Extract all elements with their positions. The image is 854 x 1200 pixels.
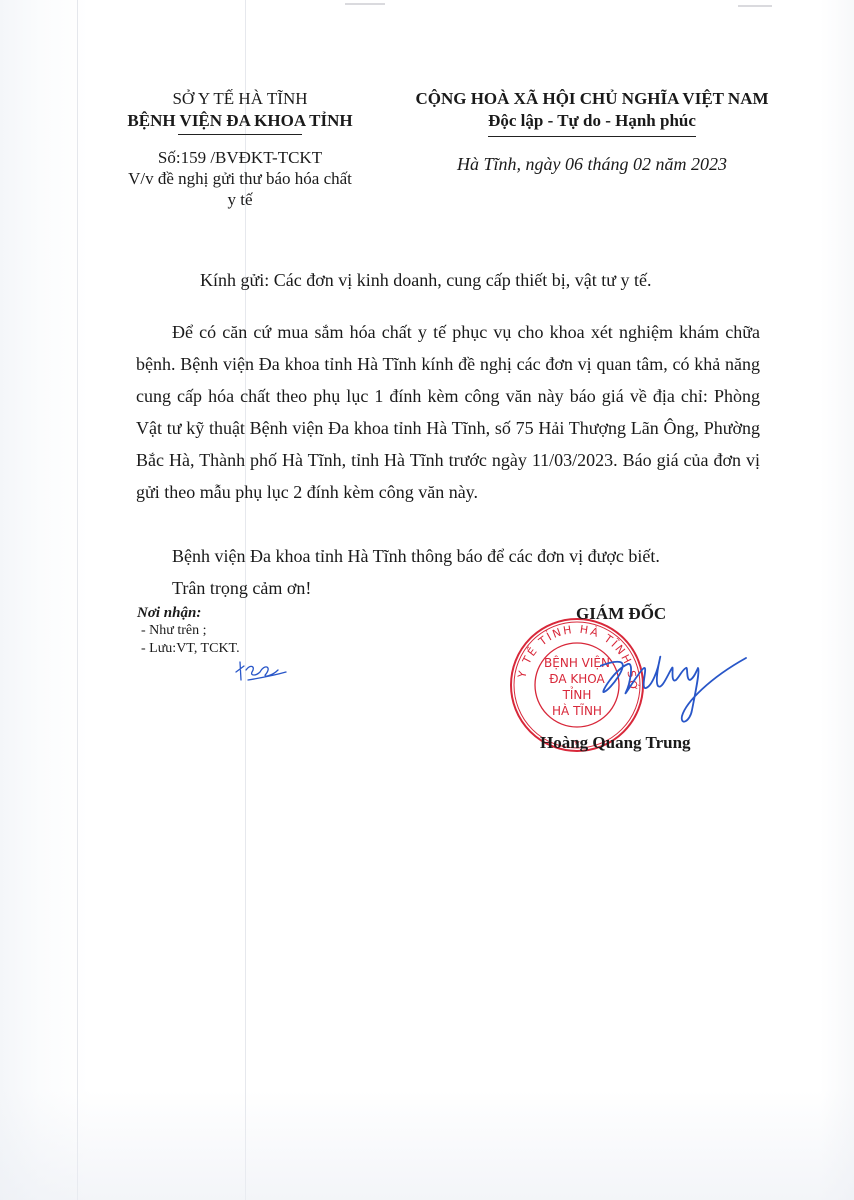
recipient-item: - Như trên ;	[137, 622, 240, 640]
closing-line: Trân trọng cảm ơn!	[172, 572, 311, 604]
place-date: Hà Tĩnh, ngày 06 tháng 02 năm 2023	[383, 153, 801, 175]
scan-mark	[345, 3, 385, 5]
addressee-line: Kính gửi: Các đơn vị kinh doanh, cung cấ…	[200, 270, 760, 291]
recipients-block: Nơi nhận: - Như trên ; - Lưu:VT, TCKT.	[137, 604, 240, 658]
organization-name: BỆNH VIỆN ĐA KHOA TỈNH	[105, 110, 375, 132]
document-page: SỞ Y TẾ HÀ TĨNH BỆNH VIỆN ĐA KHOA TỈNH S…	[0, 0, 854, 1200]
scan-fold-line	[77, 0, 78, 1200]
recipient-item: - Lưu:VT, TCKT.	[137, 640, 240, 658]
document-number: Số:159 /BVĐKT-TCKT	[105, 147, 375, 168]
subject-line-1: V/v đề nghị gửi thư báo hóa chất	[105, 168, 375, 189]
issuer-header: SỞ Y TẾ HÀ TĨNH BỆNH VIỆN ĐA KHOA TỈNH S…	[105, 88, 375, 210]
handwritten-signature-icon	[600, 640, 750, 730]
nation-title: CỘNG HOÀ XÃ HỘI CHỦ NGHĨA VIỆT NAM	[383, 88, 801, 110]
subject-line-2: y tế	[105, 189, 375, 210]
scan-mark	[738, 5, 772, 7]
signer-name: Hoàng Quang Trung	[540, 733, 691, 753]
svg-text:ĐA KHOA: ĐA KHOA	[549, 672, 605, 686]
svg-text:HÀ TĨNH: HÀ TĨNH	[552, 703, 602, 718]
signatory-title: GIÁM ĐỐC	[576, 604, 666, 624]
body-paragraph-1: Để có căn cứ mua sắm hóa chất y tế phục …	[136, 316, 760, 508]
body-paragraph-2: Bệnh viện Đa khoa tỉnh Hà Tĩnh thông báo…	[172, 540, 660, 572]
department-name: SỞ Y TẾ HÀ TĨNH	[105, 88, 375, 110]
national-motto: Độc lập - Tự do - Hạnh phúc	[488, 110, 696, 137]
svg-text:TỈNH: TỈNH	[562, 686, 592, 702]
header-divider	[178, 134, 302, 135]
initials-signature-icon	[232, 656, 292, 686]
recipients-title: Nơi nhận:	[137, 604, 240, 622]
national-header: CỘNG HOÀ XÃ HỘI CHỦ NGHĨA VIỆT NAM Độc l…	[383, 88, 801, 175]
